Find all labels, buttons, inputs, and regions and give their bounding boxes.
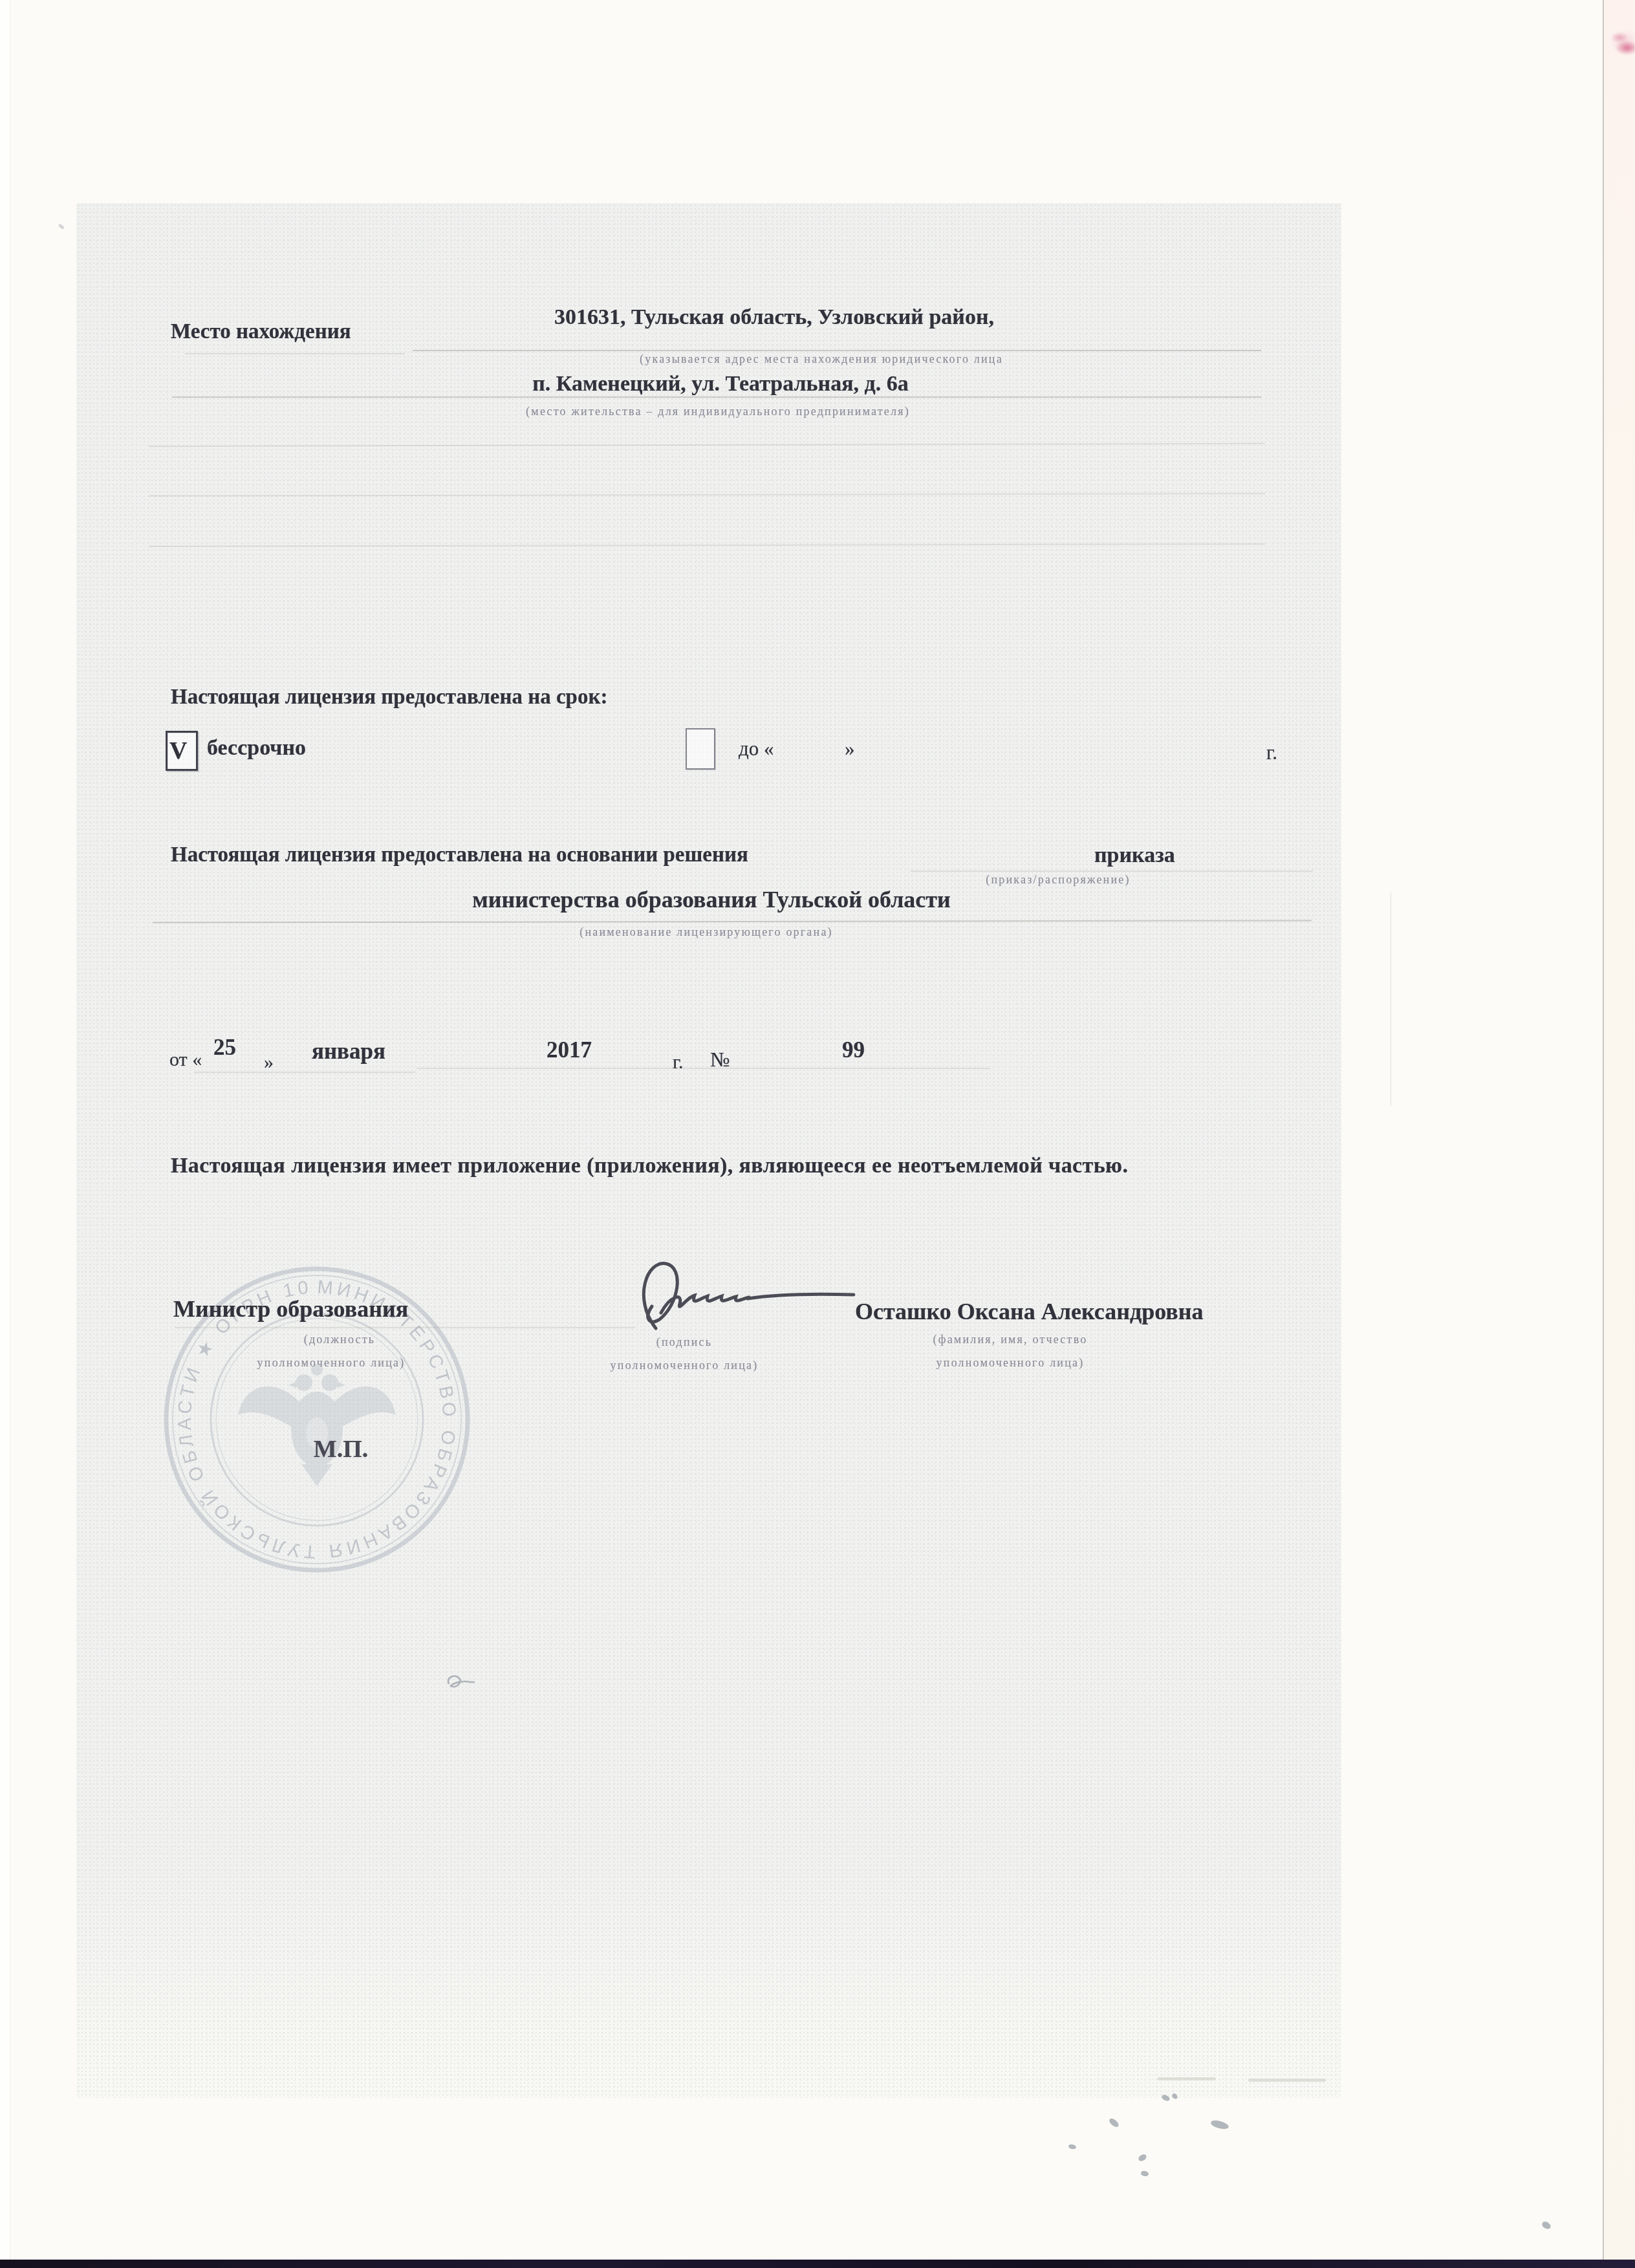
- perpetual-label: бессрочно: [207, 737, 306, 759]
- field-line: [185, 353, 405, 354]
- scan-edge-line: [1603, 0, 1604, 2260]
- paper-sheet: [76, 203, 1341, 2098]
- ink-speck: [1068, 2144, 1076, 2150]
- address-line2: п. Каменецкий, ул. Театральная, д. 6а: [532, 373, 908, 395]
- position-hint-line1: (должность: [304, 1334, 375, 1345]
- field-line: [413, 350, 1261, 351]
- ink-speck: [1210, 2119, 1229, 2130]
- date-number-sign: №: [710, 1049, 730, 1070]
- ink-speck: [58, 224, 65, 230]
- signature-hint-line1: (подпись: [656, 1336, 712, 1348]
- field-line: [417, 1068, 990, 1069]
- date-from-label: от «: [169, 1050, 202, 1070]
- date-year-suffix: г.: [673, 1053, 683, 1072]
- pink-smudge: [1605, 14, 1635, 66]
- basis-value: приказа: [1094, 845, 1175, 867]
- name-hint-line2: уполномоченного лица): [937, 1357, 1085, 1368]
- ink-speck: [1541, 2220, 1552, 2230]
- seal-place-mark: М.П.: [314, 1437, 368, 1462]
- name-hint-line1: (фамилия, имя, отчество: [933, 1334, 1088, 1345]
- date-year: 2017: [547, 1039, 592, 1061]
- address-line1: 301631, Тульская область, Узловский райо…: [554, 307, 994, 329]
- field-line: [172, 396, 1261, 398]
- pencil-squiggle-mark: [445, 1674, 476, 1693]
- address-hint2: (место жительства – для индивидуального …: [526, 405, 910, 417]
- until-year-suffix: г.: [1266, 742, 1277, 762]
- date-month: января: [312, 1040, 385, 1063]
- ink-speck: [1108, 2117, 1120, 2129]
- until-open-label: до «: [739, 739, 774, 759]
- signer-name: Осташко Оксана Александровна: [855, 1300, 1203, 1323]
- basis-hint: (приказ/распоряжение): [986, 874, 1130, 885]
- signature-hint-line2: уполномоченного лица): [611, 1359, 759, 1371]
- date-number: 99: [842, 1039, 865, 1061]
- annex-text: Настоящая лицензия имеет приложение (при…: [171, 1155, 1128, 1177]
- ink-speck: [1138, 2153, 1148, 2162]
- basis-authority-hint: (наименование лицензирующего органа): [579, 926, 833, 938]
- date-quote-close: »: [264, 1053, 274, 1072]
- scan-edge-strip: [1605, 0, 1635, 2260]
- ink-speck: [1141, 2170, 1149, 2177]
- address-hint1: (указывается адрес места нахождения юрид…: [640, 353, 1003, 365]
- term-label: Настоящая лицензия предоставлена на срок…: [171, 687, 607, 708]
- scan-bottom-bar: [0, 2260, 1635, 2268]
- scanned-license-page: Место нахождения 301631, Тульская област…: [0, 0, 1635, 2268]
- position-hint-line2: уполномоченного лица): [257, 1357, 406, 1368]
- faint-dash: [1158, 2077, 1216, 2080]
- field-line: [194, 1072, 415, 1073]
- field-line: [175, 1327, 635, 1328]
- until-checkbox[interactable]: [686, 728, 715, 770]
- basis-label: Настоящая лицензия предоставлена на осно…: [171, 845, 748, 866]
- location-label: Место нахождения: [171, 321, 351, 343]
- double-headed-eagle-icon: [238, 1364, 396, 1486]
- faint-dash: [1248, 2079, 1326, 2082]
- field-line: [911, 870, 1313, 872]
- date-day: 25: [213, 1036, 236, 1059]
- fold-line: [1391, 892, 1391, 1106]
- scan-left-margin: [0, 0, 10, 2268]
- signature: [623, 1256, 869, 1334]
- until-close-label: »: [845, 739, 855, 759]
- basis-authority: министерства образования Тульской област…: [472, 888, 951, 911]
- perpetual-checkmark: V: [169, 739, 187, 763]
- signer-position: Министр образования: [173, 1297, 408, 1321]
